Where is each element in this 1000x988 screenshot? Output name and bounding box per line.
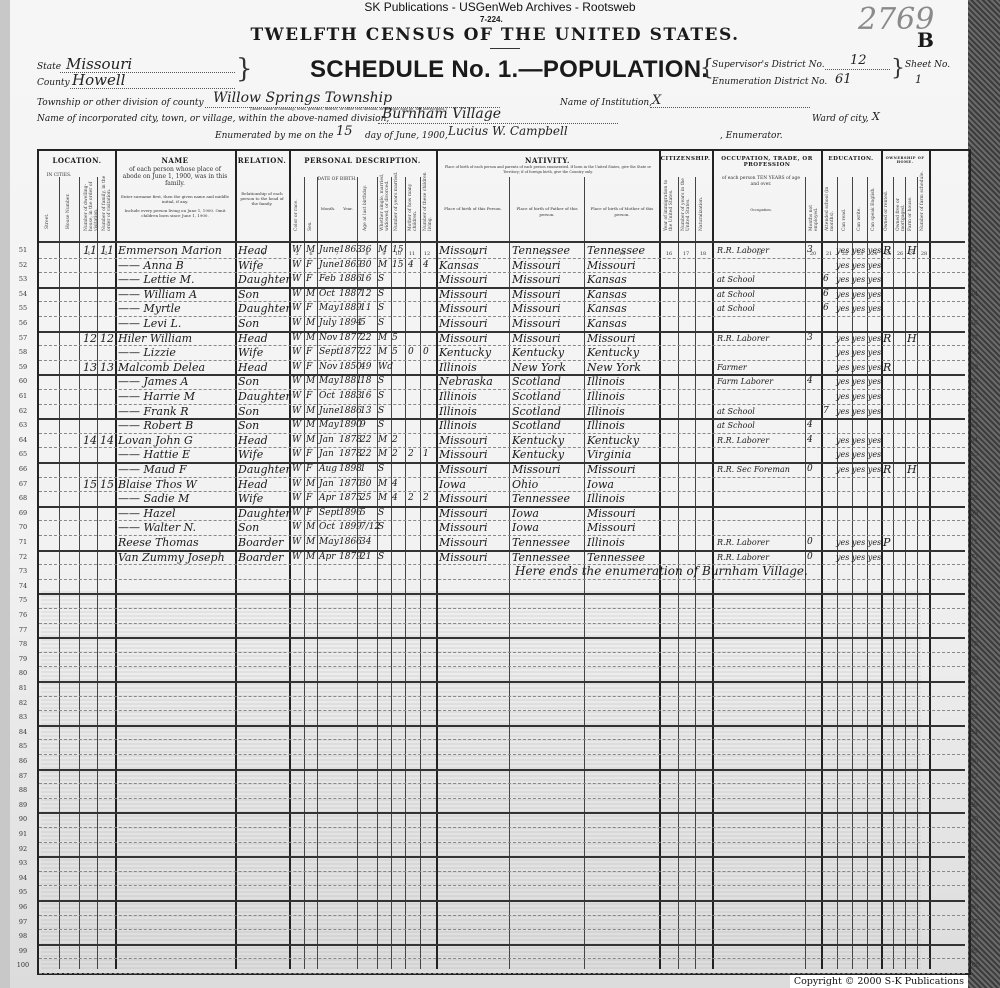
col-divider: [509, 177, 510, 969]
birth-month-cell: Apr: [319, 551, 336, 564]
line-number: 85: [14, 742, 32, 750]
line-number: 87: [965, 772, 983, 780]
line-number: 97: [965, 918, 983, 926]
person-name-cell: Lovan John G: [118, 434, 193, 447]
birth-year-cell: 1890: [339, 419, 362, 432]
birth-month-cell: Sept: [319, 346, 340, 359]
color-cell: W: [292, 492, 301, 505]
marital-status-cell: S: [378, 302, 384, 315]
county-label: County: [37, 78, 70, 88]
col-divider: [659, 151, 661, 969]
color-cell: W: [292, 375, 301, 388]
person-name-cell: —— Lizzie: [118, 346, 176, 359]
marital-status-cell: M: [378, 259, 387, 272]
age-cell: 13: [360, 405, 371, 418]
birthplace-cell: Missouri: [439, 244, 488, 257]
line-number: 99: [965, 947, 983, 955]
years-married-cell: 15: [392, 259, 403, 272]
age-cell: 49: [360, 361, 371, 374]
literacy-cell: yes yes yes: [836, 434, 881, 447]
city-label: Name of incorporated city, town, or vill…: [37, 114, 389, 124]
father-birthplace-cell: Tennessee: [512, 244, 570, 257]
birthplace-cell: Missouri: [439, 302, 488, 315]
sheet-label: Sheet No.: [905, 60, 950, 70]
relation-cell: Wife: [238, 492, 263, 505]
literacy-cell: yes yes yes: [836, 405, 881, 418]
age-cell: 22: [360, 346, 371, 359]
line-number: 79: [14, 655, 32, 663]
enumerated-day: 15: [336, 124, 353, 139]
column-number: 28: [917, 251, 931, 257]
person-name-cell: Malcomb Delea: [118, 361, 205, 374]
birthplace-cell: Nebraska: [439, 375, 493, 388]
state-label: State: [37, 62, 61, 72]
row-divider: [39, 593, 965, 595]
relation-cell: Head: [238, 434, 268, 447]
father-birthplace-cell: Kentucky: [512, 434, 564, 447]
years-married-cell: 4: [392, 478, 398, 491]
months-unemployed-cell: 4: [807, 434, 813, 447]
years-married-cell: 2: [392, 434, 398, 447]
color-cell: W: [292, 405, 301, 418]
line-number: 98: [14, 932, 32, 940]
person-name-cell: —— Robert B: [118, 419, 193, 432]
person-name-cell: —— Frank R: [118, 405, 188, 418]
father-birthplace-cell: Scotland: [512, 390, 561, 403]
father-birthplace-cell: Missouri: [512, 463, 561, 476]
schedule-title: SCHEDULE No. 1.—POPULATION.: [310, 56, 708, 84]
personal-description-heading: PERSONAL DESCRIPTION.: [289, 156, 436, 165]
age-cell: 1: [360, 463, 366, 476]
line-number: 89: [14, 801, 32, 809]
birthplace-cell: Missouri: [439, 332, 488, 345]
col-divider: [712, 151, 714, 969]
school-months-cell: 7: [823, 405, 829, 418]
literacy-cell: yes yes yes: [836, 390, 881, 403]
person-name-cell: —— Harrie M: [118, 390, 195, 403]
mother-birthplace-cell: Missouri: [587, 463, 636, 476]
mother-birthplace-cell: Kansas: [587, 288, 627, 301]
line-number: 81: [965, 684, 983, 692]
enumerator-name: Lucius W. Campbell: [448, 124, 568, 138]
sex-cell: M: [306, 244, 315, 257]
column-number: 21: [822, 251, 836, 257]
birth-month-cell: June: [319, 405, 340, 418]
line-number: 92: [965, 845, 983, 853]
dwelling-number-label: Number of dwelling-house, in the order o…: [84, 171, 99, 231]
birthplace-cell: Missouri: [439, 288, 488, 301]
line-number: 97: [14, 918, 32, 926]
birth-year-cell: 1886: [339, 273, 362, 286]
street-label: Street.: [45, 199, 50, 229]
census-table: LOCATION. IN CITIES. NAME of each person…: [37, 149, 971, 975]
family-number-cell: 11: [100, 244, 114, 257]
col-divider: [881, 151, 883, 969]
father-birthplace-cell: Missouri: [512, 273, 561, 286]
line-number: 64: [14, 436, 32, 444]
father-birthplace-cell: Tennessee: [512, 492, 570, 505]
sex-cell: M: [306, 317, 315, 330]
education-heading: EDUCATION.: [821, 156, 881, 162]
sex-cell: F: [306, 346, 312, 359]
can-read-label: Can read.: [842, 201, 847, 231]
ownership-heading: OWNERSHIP OF HOME.: [881, 156, 929, 164]
color-cell: W: [292, 536, 301, 549]
state-county-brace: }: [236, 56, 253, 82]
occupation-cell: R.R. Sec Foreman: [717, 463, 790, 476]
literacy-cell: yes yes yes: [836, 346, 881, 359]
line-number: 63: [14, 421, 32, 429]
age-cell: 22: [360, 332, 371, 345]
children-living-label: Number of these children living.: [423, 171, 433, 231]
line-number: 64: [965, 436, 983, 444]
father-birthplace-cell: Kentucky: [512, 448, 564, 461]
can-write-label: Can write.: [857, 201, 862, 231]
line-number: 72: [965, 553, 983, 561]
literacy-cell: yes yes yes: [836, 375, 881, 388]
school-months-cell: 6: [823, 288, 829, 301]
age-cell: 36: [360, 244, 371, 257]
literacy-cell: yes yes yes: [836, 361, 881, 374]
marital-status-cell: M: [378, 346, 387, 359]
father-birthplace-cell: Missouri: [512, 288, 561, 301]
sex-cell: F: [306, 390, 312, 403]
birthplace-cell: Missouri: [439, 521, 488, 534]
school-months-cell: 6: [823, 302, 829, 315]
mother-birthplace-cell: Kentucky: [587, 346, 639, 359]
line-number: 93: [965, 859, 983, 867]
father-birthplace-cell: Ohio: [512, 478, 538, 491]
relation-cell: Wife: [238, 346, 263, 359]
line-number: 57: [965, 334, 983, 342]
person-name-cell: —— Hattie E: [118, 448, 190, 461]
occupation-cell: R.R. Laborer: [717, 536, 769, 549]
column-number: 12: [420, 251, 434, 257]
line-number: 66: [14, 465, 32, 473]
birth-year-cell: 1899: [339, 521, 362, 534]
line-number: 86: [14, 757, 32, 765]
birthplace-cell: Missouri: [439, 317, 488, 330]
line-number: 91: [14, 830, 32, 838]
farm-house-cell: H: [907, 463, 917, 476]
months-unemployed-cell: 4: [807, 375, 813, 388]
color-cell: W: [292, 317, 301, 330]
sex-cell: F: [306, 361, 312, 374]
township-value: Willow Springs Township: [213, 90, 392, 106]
birthplace-cell: Illinois: [439, 361, 477, 374]
birthplace-cell: Illinois: [439, 405, 477, 418]
marital-status-cell: M: [378, 492, 387, 505]
relation-cell: Son: [238, 521, 259, 534]
birth-month-cell: Oct: [319, 390, 335, 403]
column-number: 11: [405, 251, 419, 257]
age-cell: 12: [360, 288, 371, 301]
line-number: 60: [14, 377, 32, 385]
in-cities-heading: IN CITIES.: [39, 173, 79, 179]
line-number: 90: [965, 815, 983, 823]
row-divider: [39, 506, 965, 508]
literacy-cell: yes yes yes: [836, 448, 881, 461]
relation-cell: Head: [238, 244, 268, 257]
row-divider: [39, 871, 965, 872]
father-birthplace-cell: Missouri: [512, 317, 561, 330]
line-number: 70: [14, 523, 32, 531]
row-divider: [39, 827, 965, 828]
line-number: 68: [14, 494, 32, 502]
marital-status-cell: S: [378, 317, 384, 330]
person-name-cell: —— Lettie M.: [118, 273, 194, 286]
col-divider: [917, 177, 918, 969]
marital-status-cell: Wd: [378, 361, 393, 374]
birth-year-cell: 1863: [339, 244, 362, 257]
line-number: 71: [14, 538, 32, 546]
marital-status-cell: S: [378, 405, 384, 418]
birth-month-cell: Nov: [319, 361, 337, 374]
age-cell: 30: [360, 259, 371, 272]
marital-status-cell: S: [378, 507, 384, 520]
children-living-cell: 1: [423, 448, 429, 461]
occupation-cell: at School: [717, 419, 755, 432]
dwelling-number-cell: 14: [83, 434, 97, 447]
mother-birthplace-cell: Kentucky: [587, 434, 639, 447]
line-number: 52: [14, 261, 32, 269]
line-number: 75: [965, 596, 983, 604]
col-divider: [893, 177, 894, 969]
color-cell: W: [292, 551, 301, 564]
birth-month-cell: June: [319, 244, 340, 257]
row-divider: [39, 637, 965, 639]
row-divider: [39, 345, 965, 346]
marital-status-cell: M: [378, 448, 387, 461]
sex-label: Sex.: [308, 211, 313, 231]
mother-birthplace-cell: Kansas: [587, 317, 627, 330]
citizenship-heading: CITIZENSHIP.: [659, 156, 712, 162]
col-divider: [235, 151, 237, 969]
relation-heading: RELATION.: [235, 156, 289, 165]
occupation-cell: R.R. Laborer: [717, 332, 769, 345]
birth-year-cell: 1894: [339, 317, 362, 330]
birth-month-cell: May: [319, 302, 339, 315]
line-number: 76: [14, 611, 32, 619]
children-born-cell: 2: [408, 448, 414, 461]
line-number: 60: [965, 377, 983, 385]
col-divider: [304, 177, 305, 969]
sex-cell: F: [306, 448, 312, 461]
age-cell: 22: [360, 448, 371, 461]
birthplace-cell: Kansas: [439, 259, 479, 272]
mother-birthplace-cell: Illinois: [587, 419, 625, 432]
line-number: 96: [965, 903, 983, 911]
row-divider: [39, 579, 965, 580]
birth-month-cell: May: [319, 419, 339, 432]
ward-value: X: [872, 110, 880, 123]
line-number: 51: [965, 246, 983, 254]
line-number: 80: [14, 669, 32, 677]
line-number: 55: [965, 304, 983, 312]
years-married-cell: 2: [392, 448, 398, 461]
supervisor-value: 12: [850, 53, 867, 68]
birth-year-cell: 1875: [339, 492, 362, 505]
marital-status-cell: M: [378, 434, 387, 447]
color-cell: W: [292, 288, 301, 301]
years-married-cell: 5: [392, 346, 398, 359]
marital-status-cell: S: [378, 288, 384, 301]
mother-birthplace-cell: New York: [587, 361, 641, 374]
owned-rented-cell: P: [883, 536, 890, 549]
person-name-cell: —— Maud F: [118, 463, 187, 476]
line-number: 78: [14, 640, 32, 648]
color-cell: W: [292, 361, 301, 374]
years-married-cell: 4: [392, 492, 398, 505]
relation-cell: Daughter: [238, 302, 291, 315]
occupation-cell: at School: [717, 405, 755, 418]
col-divider: [79, 177, 80, 969]
marital-status-cell: M: [378, 332, 387, 345]
person-name-cell: —— William A: [118, 288, 197, 301]
ward-label: Ward of city,: [812, 114, 869, 124]
father-birthplace-cell: Scotland: [512, 405, 561, 418]
line-number: 67: [965, 480, 983, 488]
sex-cell: F: [306, 507, 312, 520]
months-unemployed-label: Months not employed.: [809, 181, 819, 231]
family-number-label: Number of family, in the order of visita…: [102, 171, 112, 231]
title-rule: [490, 48, 520, 49]
months-unemployed-cell: 0: [807, 463, 813, 476]
color-cell: W: [292, 419, 301, 432]
literacy-cell: yes yes yes: [836, 551, 881, 564]
line-number: 95: [14, 888, 32, 896]
line-number: 66: [965, 465, 983, 473]
person-name-cell: —— Anna B: [118, 259, 184, 272]
line-number: 58: [965, 348, 983, 356]
birth-year-cell: 1870: [339, 478, 362, 491]
sex-cell: F: [306, 463, 312, 476]
father-birthplace-cell: Missouri: [512, 302, 561, 315]
father-birthplace-cell: Tennessee: [512, 536, 570, 549]
person-name-cell: —— James A: [118, 375, 189, 388]
line-number: 87: [14, 772, 32, 780]
row-divider: [39, 783, 965, 784]
birth-month-cell: Aug: [319, 463, 337, 476]
line-number: 90: [14, 815, 32, 823]
enumeration-value: 61: [835, 72, 852, 87]
line-number: 53: [965, 275, 983, 283]
row-divider: [39, 812, 965, 814]
marital-status-cell: M: [378, 478, 387, 491]
row-divider: [39, 900, 965, 902]
row-divider: [39, 944, 965, 946]
occupation-cell: R.R. Laborer: [717, 244, 769, 257]
enumeration-label: Enumeration District No.: [712, 77, 827, 87]
relation-cell: Son: [238, 419, 259, 432]
birth-month-cell: June: [319, 259, 340, 272]
relation-cell: Daughter: [238, 463, 291, 476]
can-speak-english-label: Can speak English.: [871, 181, 876, 231]
month-heading: Month.: [319, 206, 337, 212]
sex-cell: M: [306, 551, 315, 564]
col-divider: [905, 177, 906, 969]
sex-cell: F: [306, 492, 312, 505]
owned-rented-cell: R: [883, 332, 891, 345]
children-living-cell: 0: [423, 346, 429, 359]
line-number: 83: [14, 713, 32, 721]
line-number: 72: [14, 553, 32, 561]
line-number: 92: [14, 845, 32, 853]
line-number: 69: [14, 509, 32, 517]
color-cell: W: [292, 244, 301, 257]
house-number-label: House Number.: [66, 189, 71, 229]
relation-cell: Head: [238, 478, 268, 491]
birthplace-cell: Illinois: [439, 390, 477, 403]
father-birthplace-cell: Scotland: [512, 419, 561, 432]
literacy-cell: yes yes yes: [836, 536, 881, 549]
row-divider: [39, 666, 965, 667]
col-divider: [97, 177, 98, 969]
census-title: TWELFTH CENSUS OF THE UNITED STATES.: [0, 25, 990, 45]
relation-cell: Son: [238, 375, 259, 388]
marital-status-cell: M: [378, 244, 387, 257]
column-number: 16: [662, 251, 676, 257]
father-birthplace-cell: Iowa: [512, 521, 539, 534]
literacy-cell: yes yes yes: [836, 259, 881, 272]
occupation-heading: OCCUPATION, TRADE, OR PROFESSION: [715, 156, 819, 168]
line-number: 53: [14, 275, 32, 283]
row-divider: [39, 564, 965, 565]
birth-month-cell: Oct: [319, 288, 335, 301]
color-cell: W: [292, 259, 301, 272]
line-number: 98: [965, 932, 983, 940]
occupation-column-heading: Occupation.: [719, 207, 803, 213]
owned-rented-label: Owned or rented.: [884, 181, 889, 231]
months-unemployed-cell: 0: [807, 536, 813, 549]
color-cell: W: [292, 463, 301, 476]
person-name-cell: Blaise Thos W: [118, 478, 197, 491]
col-divider: [420, 177, 421, 969]
children-born-cell: 2: [408, 492, 414, 505]
sex-cell: M: [306, 405, 315, 418]
birth-mother-heading: Place of birth of Mother of this person.: [587, 206, 657, 218]
mother-birthplace-cell: Iowa: [587, 478, 614, 491]
end-of-enumeration-note: Here ends the enumeration of Burnham Vil…: [515, 564, 808, 578]
mother-birthplace-cell: Missouri: [587, 332, 636, 345]
literacy-cell: yes yes yes: [836, 463, 881, 476]
age-cell: 5: [360, 507, 366, 520]
birth-month-cell: Sept: [319, 507, 340, 520]
line-number: 91: [965, 830, 983, 838]
children-born-cell: 4: [408, 259, 414, 272]
row-divider: [39, 623, 965, 624]
year-heading: Year.: [339, 206, 357, 212]
color-cell: W: [292, 478, 301, 491]
mother-birthplace-cell: Tennessee: [587, 244, 645, 257]
name-instruction-2: Include every person living on June 1, 1…: [121, 208, 229, 218]
institution-line: [650, 107, 810, 108]
line-number: 76: [965, 611, 983, 619]
relation-cell: Son: [238, 405, 259, 418]
marital-status-cell: S: [378, 521, 384, 534]
district-brace-right: }: [891, 56, 905, 82]
literacy-cell: yes yes yes: [836, 244, 881, 257]
birthplace-cell: Missouri: [439, 273, 488, 286]
birthplace-cell: Missouri: [439, 507, 488, 520]
naturalization-label: Naturalization.: [699, 181, 704, 231]
person-name-cell: Hiler William: [118, 332, 192, 345]
relation-cell: Boarder: [238, 536, 283, 549]
occupation-cell: Farm Laborer: [717, 375, 773, 388]
attended-school-label: Attended school (in months).: [825, 171, 835, 231]
marital-status-cell: S: [378, 390, 384, 403]
occupation-cell: at School: [717, 288, 755, 301]
